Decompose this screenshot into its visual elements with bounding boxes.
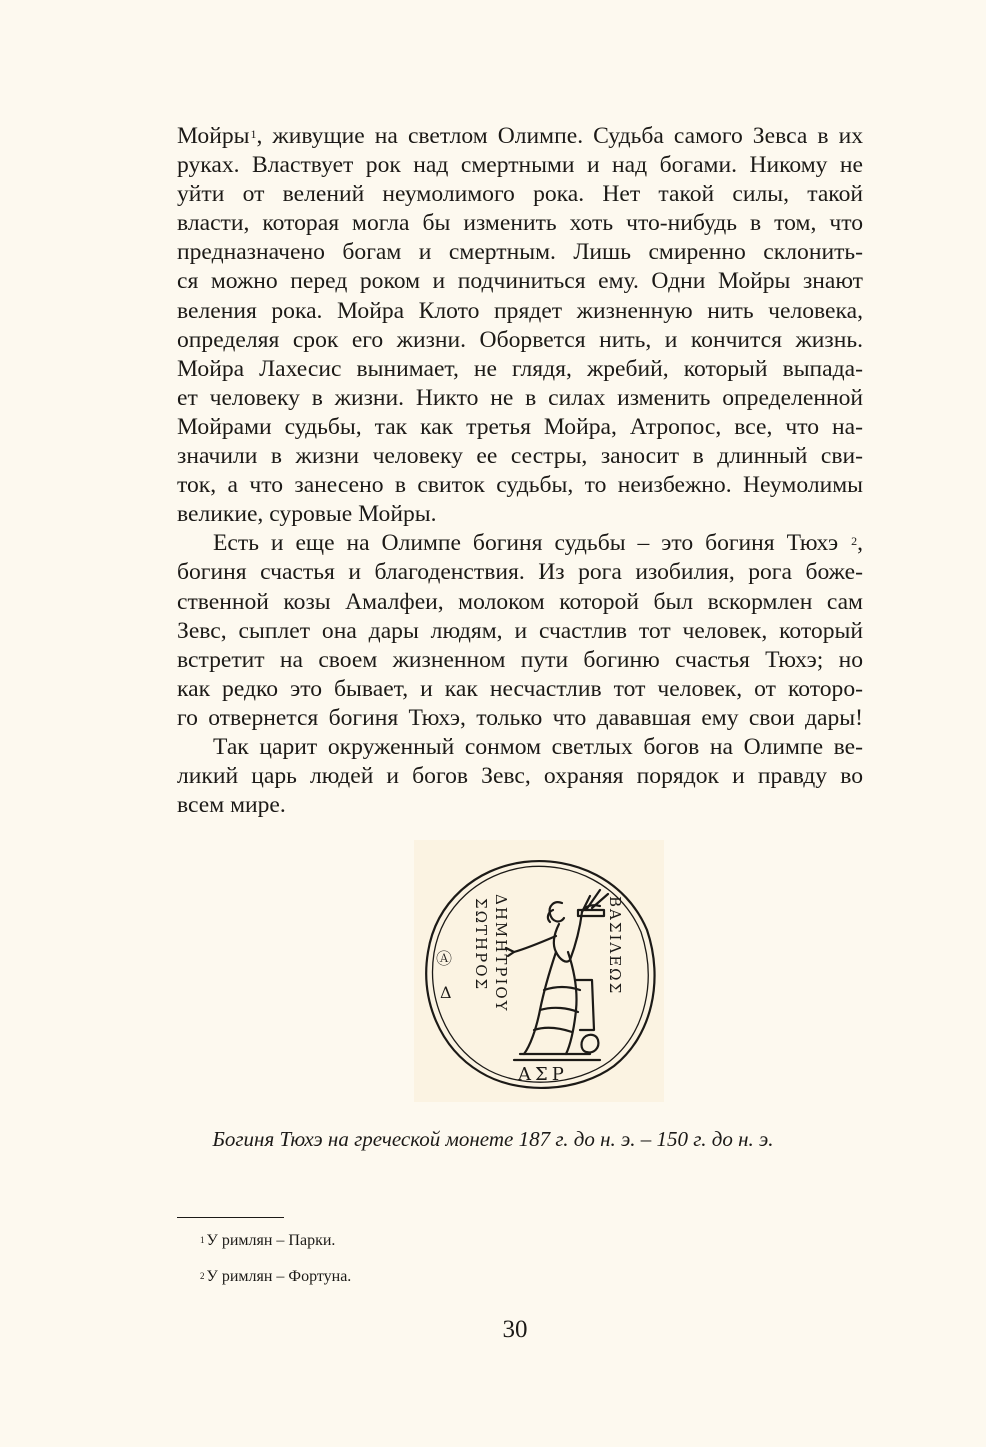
- text-line: значили в жизни человеку ее сестры, зано…: [177, 442, 863, 471]
- paragraph-zeus: Так царит окруженный сонмом светлых бого…: [177, 733, 863, 820]
- main-text: Мойры1, живущие на светлом Олимпе. Судьб…: [177, 122, 863, 820]
- coin-illustration: ΔΗΜΗΤΡΙΟΥ ΣΩΤΗΡΟΣ ΒΑΣΙΛΕΩΣ ΑΣΡ Ⓐ Δ: [414, 840, 664, 1102]
- text-fragment: , живущие на светлом Олимпе. Судьба само…: [256, 123, 863, 149]
- paragraph-tyche: Есть и еще на Олимпе богиня судьбы – это…: [177, 529, 863, 733]
- text-line: предназначено богам и смертным. Лишь сми…: [177, 238, 863, 267]
- text-line: власти, которая могла бы изменить хоть ч…: [177, 209, 863, 238]
- text-line: веления рока. Мойра Клото прядет жизненн…: [177, 297, 863, 326]
- text-line: всем мире.: [177, 791, 863, 820]
- text-line: ет человеку в жизни. Никто не в силах из…: [177, 384, 863, 413]
- svg-text:Δ: Δ: [440, 983, 452, 1002]
- text-line: Есть и еще на Олимпе богиня судьбы – это…: [177, 529, 863, 558]
- coin-drawing-icon: ΔΗΜΗΤΡΙΟΥ ΣΩΤΗΡΟΣ ΒΑΣΙΛΕΩΣ ΑΣΡ Ⓐ Δ: [414, 840, 664, 1102]
- footnote-number: 1: [200, 1235, 205, 1245]
- footnote-divider: [177, 1217, 284, 1218]
- coin-inscription-right: ΒΑΣΙΛΕΩΣ: [606, 896, 624, 995]
- coin-inscription-bottom: ΑΣΡ: [517, 1064, 568, 1085]
- book-page: Мойры1, живущие на светлом Олимпе. Судьб…: [0, 0, 986, 1447]
- text-fragment: ,: [857, 530, 863, 556]
- text-fragment: Мойры: [177, 123, 249, 149]
- text-line: определяя срок его жизни. Оборвется нить…: [177, 326, 863, 355]
- text-line: уйти от велений неумолимого рока. Нет та…: [177, 180, 863, 209]
- text-line: богиня счастья и благоденствия. Из рога …: [177, 558, 863, 587]
- text-line: Мойра Лахесис вынимает, не глядя, жребий…: [177, 355, 863, 384]
- text-line: Зевс, сыплет она дары людям, и счастлив …: [177, 617, 863, 646]
- text-line: как редко это бывает, и как несчастлив т…: [177, 675, 863, 704]
- text-line: великие, суровые Мойры.: [177, 500, 863, 529]
- text-line: встретит на своем жизненном пути богиню …: [177, 646, 863, 675]
- page-number: 30: [0, 1315, 986, 1345]
- paragraph-moirai: Мойры1, живущие на светлом Олимпе. Судьб…: [177, 122, 863, 529]
- coin-inscription-inner: ΔΗΜΗΤΡΙΟΥ: [492, 894, 510, 1013]
- coin-inscription-outer: ΣΩΤΗΡΟΣ: [472, 898, 490, 991]
- text-line: ток, а что занесено в свиток судьбы, то …: [177, 471, 863, 500]
- svg-text:Ⓐ: Ⓐ: [436, 949, 452, 968]
- footnote-text: У римлян – Парки.: [207, 1232, 336, 1249]
- text-line: ся можно перед роком и подчиниться ему. …: [177, 267, 863, 296]
- text-line: Мойры1, живущие на светлом Олимпе. Судьб…: [177, 122, 863, 151]
- footnote-ref-1[interactable]: 1: [250, 127, 256, 141]
- footnote-1: 1У римлян – Парки.: [200, 1231, 335, 1251]
- text-line: ликий царь людей и богов Зевс, охраняя п…: [177, 762, 863, 791]
- text-line: Мойрами судьбы, так как третья Мойра, Ат…: [177, 413, 863, 442]
- footnote-number: 2: [200, 1271, 205, 1281]
- text-line: го отвернется богиня Тюхэ, только что да…: [177, 704, 863, 733]
- text-line: руках. Властвует рок над смертными и над…: [177, 151, 863, 180]
- footnote-text: У римлян – Фортуна.: [207, 1268, 352, 1285]
- footnote-ref-2[interactable]: 2: [851, 534, 857, 548]
- text-line: Так царит окруженный сонмом светлых бого…: [177, 733, 863, 762]
- figure-caption: Богиня Тюхэ на греческой монете 187 г. д…: [150, 1124, 836, 1154]
- footnote-2: 2У римлян – Фортуна.: [200, 1267, 351, 1287]
- text-line: ственной козы Амалфеи, молоком которой б…: [177, 588, 863, 617]
- text-fragment: Есть и еще на Олимпе богиня судьбы – это…: [213, 530, 838, 556]
